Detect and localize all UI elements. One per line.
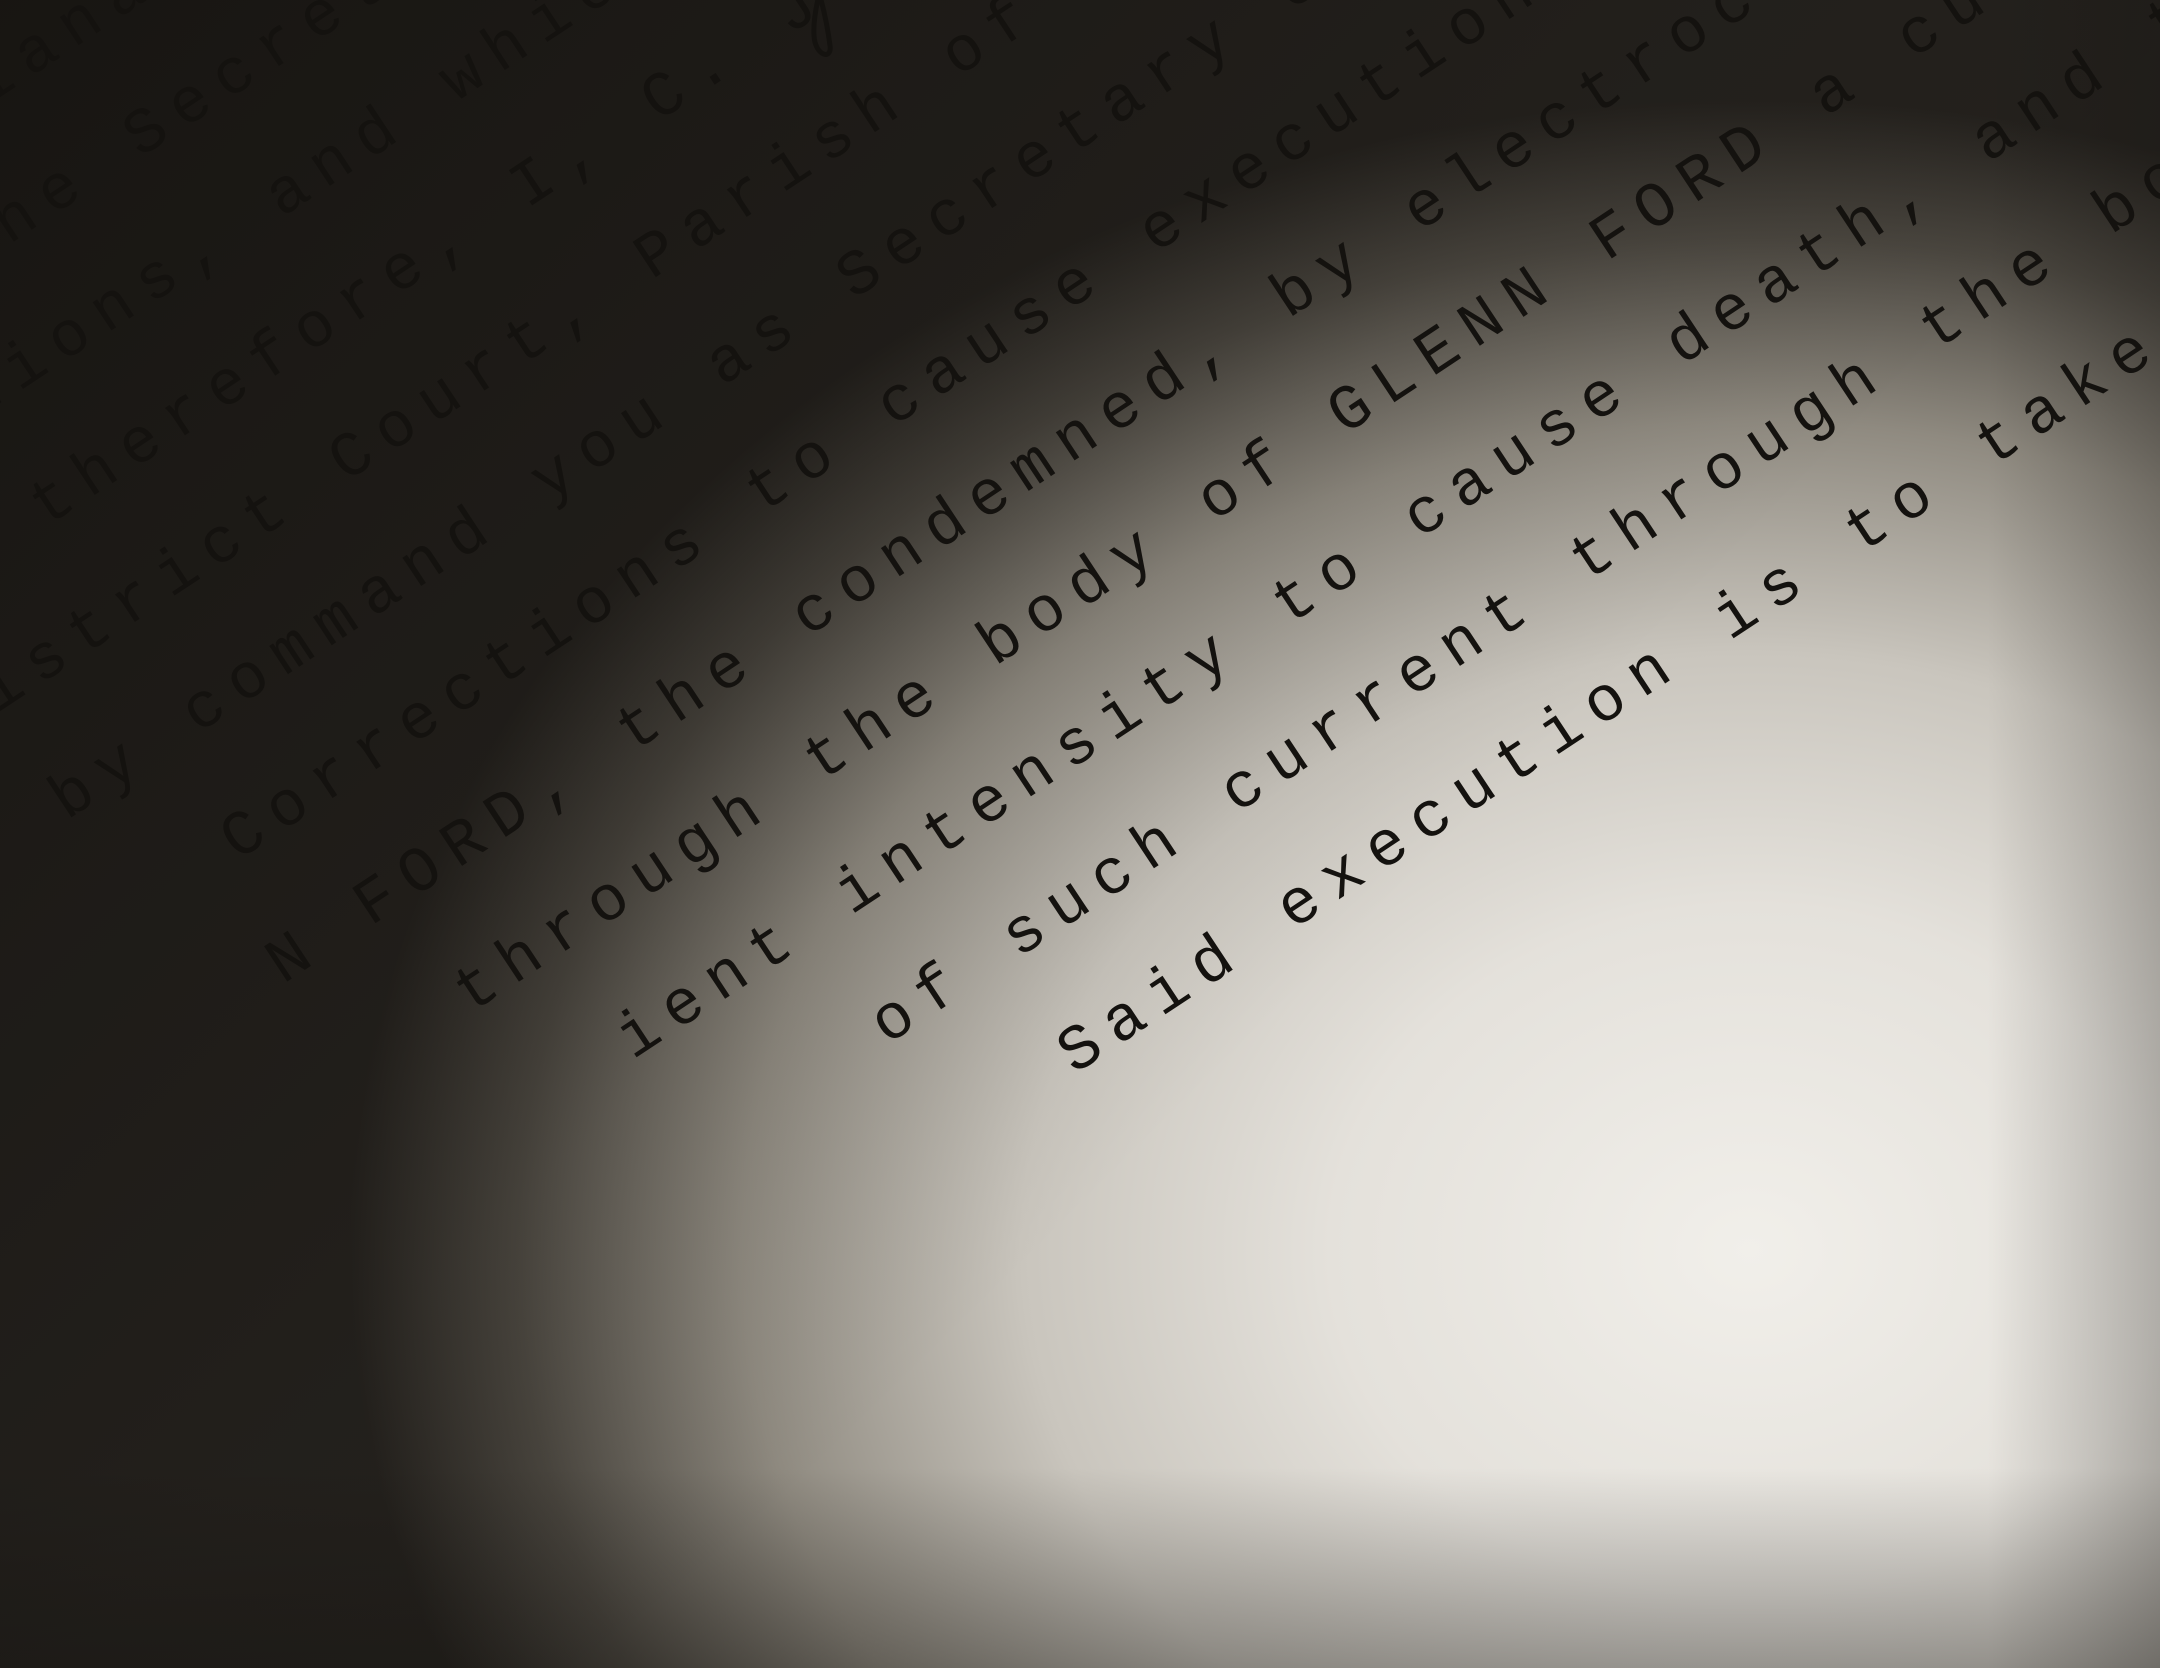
document-photo: deathrt sentenced , and wcribed by law, … <box>0 0 2160 1668</box>
document-line: Corrections to cause execution to be don… <box>211 0 2160 874</box>
handwritten-initials-icon <box>770 0 890 66</box>
typewritten-page: deathrt sentenced , and wcribed by law, … <box>0 0 2160 70</box>
